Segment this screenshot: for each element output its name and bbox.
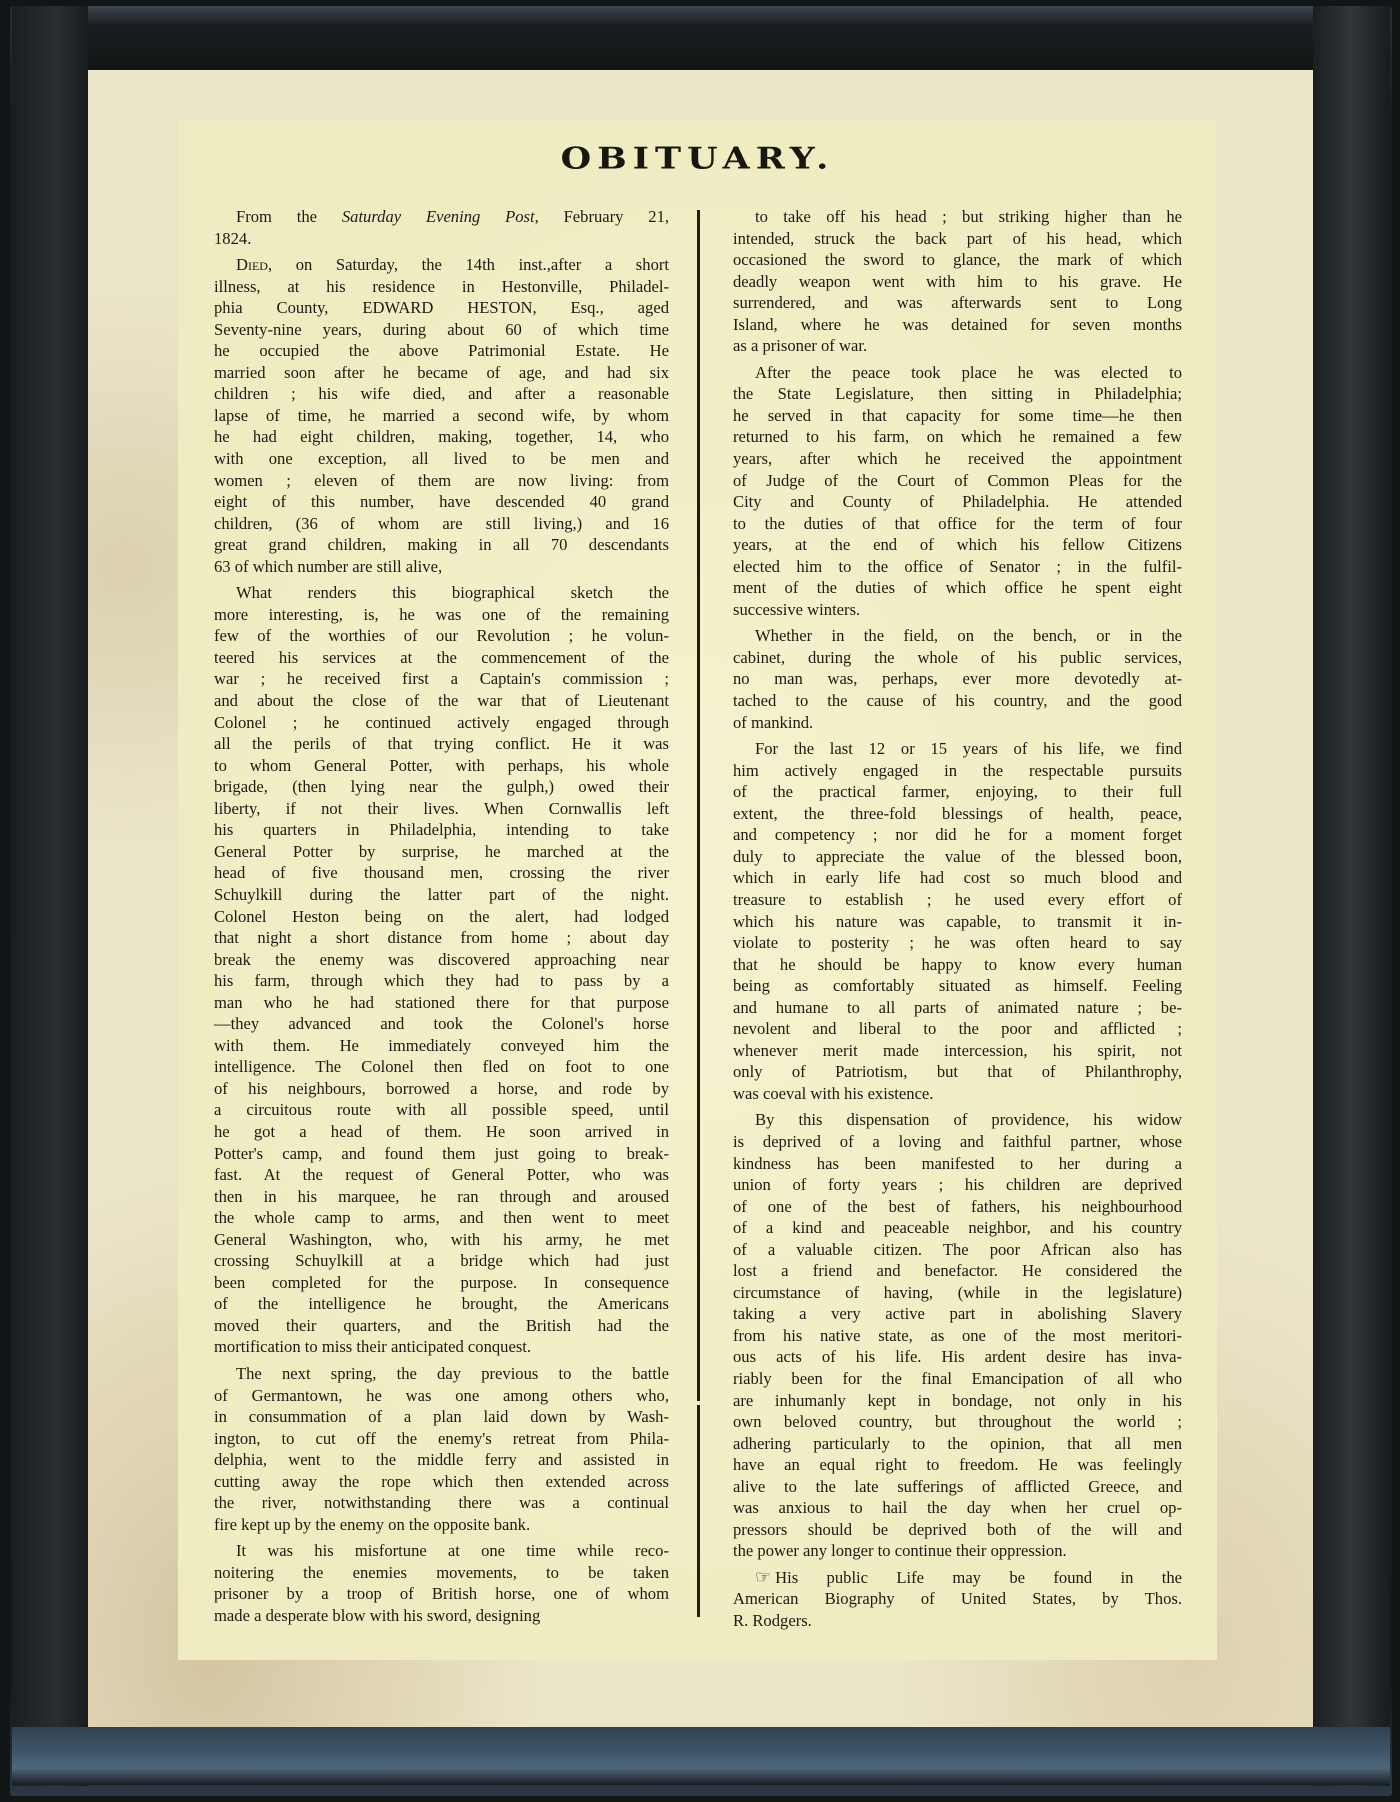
text-line: he served in that capacity for some time… — [733, 405, 1182, 427]
text-line: children ; his wife died, and after a re… — [214, 383, 669, 405]
text-line: cabinet, during the whole of his public … — [733, 647, 1182, 669]
text-line: of the practical farmer, enjoying, to th… — [733, 781, 1182, 803]
text-line: of a kind and peaceable neighbor, and hi… — [733, 1217, 1182, 1239]
frame-bevel-top — [12, 6, 1390, 70]
text-line: his quarters in Philadelphia, intending … — [214, 819, 669, 841]
text-line: lost a friend and benefactor. He conside… — [733, 1260, 1182, 1282]
text-line: Colonel ; he continued actively engaged … — [214, 712, 669, 734]
paragraph-germantown: The next spring, the day previous to the… — [214, 1363, 669, 1540]
left-column: From the Saturday Evening Post, February… — [214, 206, 669, 1632]
text-line: years, after which he received the appoi… — [733, 448, 1182, 470]
text-line: intelligence. The Colonel then fled on f… — [214, 1056, 669, 1078]
text-line: occasioned the sword to glance, the mark… — [733, 249, 1182, 271]
text-line: he got a head of them. He soon arrived i… — [214, 1121, 669, 1143]
text-line: circumstance of having, (while in the le… — [733, 1282, 1182, 1304]
text-line: union of forty years ; his children are … — [733, 1174, 1182, 1196]
text-line: phia County, EDWARD HESTON, Esq., aged — [214, 297, 669, 319]
text-line: married soon after he became of age, and… — [214, 362, 669, 384]
text-line: For the last 12 or 15 years of his life,… — [733, 738, 1182, 760]
text-line: few of the worthies of our Revolution ; … — [214, 625, 669, 647]
text-line: with them. He immediately conveyed him t… — [214, 1035, 669, 1057]
text-line: elected him to the office of Senator ; i… — [733, 556, 1182, 578]
text-line: illness, at his residence in Hestonville… — [214, 276, 669, 298]
text-line: of the intelligence he brought, the Amer… — [214, 1293, 669, 1315]
text-line: teered his services at the commencement … — [214, 647, 669, 669]
text-line: ous acts of his life. His ardent desire … — [733, 1346, 1182, 1368]
text-line: and competency ; nor did he for a moment… — [733, 824, 1182, 846]
text-line: General Washington, who, with his army, … — [214, 1229, 669, 1251]
text-line: then in his marquee, he ran through and … — [214, 1186, 669, 1208]
text-line: been completed for the purpose. In conse… — [214, 1272, 669, 1294]
text-line: treasure to establish ; he used every ef… — [733, 889, 1182, 911]
text-line: surrendered, and was afterwards sent to … — [733, 292, 1182, 314]
text-line: —they advanced and took the Colonel's ho… — [214, 1013, 669, 1035]
text-line: of his neighbours, borrowed a horse, and… — [214, 1078, 669, 1100]
text-line: prisoner by a troop of British horse, on… — [214, 1583, 669, 1605]
text-line: made a desperate blow with his sword, de… — [214, 1605, 669, 1627]
text-line: riably been for the final Emancipation o… — [733, 1368, 1182, 1390]
text-line: nevolent and liberal to the poor and aff… — [733, 1018, 1182, 1040]
text-line: that he should be happy to know every hu… — [733, 954, 1182, 976]
text-line: crossing Schuylkill at a bridge which ha… — [214, 1250, 669, 1272]
paragraph-reference-note: ☞His public Life may be found in theAmer… — [733, 1567, 1182, 1637]
text-line: to whom General Potter, with perhaps, hi… — [214, 755, 669, 777]
text-line: great grand children, making in all 70 d… — [214, 534, 669, 556]
text-line: noitering the enemies movements, to be t… — [214, 1562, 669, 1584]
text-line: more interesting, is, he was one of the … — [214, 604, 669, 626]
text-line: It was his misfortune at one time while … — [214, 1540, 669, 1562]
page-title: OBITUARY. — [440, 142, 955, 176]
text-line: pressors should be deprived both of the … — [733, 1519, 1182, 1541]
text-line: is deprived of a loving and faithful par… — [733, 1131, 1182, 1153]
text-line: he had eight children, making, together,… — [214, 426, 669, 448]
text-line: returned to his farm, on which he remain… — [733, 426, 1182, 448]
pointing-hand-icon: ☞ — [755, 1567, 771, 1587]
text-line: are inhumanly kept in bondage, not only … — [733, 1390, 1182, 1412]
source-prefix: From the — [236, 207, 342, 226]
text-line: R. Rodgers. — [733, 1610, 1182, 1632]
paragraph-legacy: By this dispensation of providence, his … — [733, 1109, 1182, 1566]
text-line: from his native state, as one of the mos… — [733, 1325, 1182, 1347]
text-line: Died, on Saturday, the 14th inst.,after … — [214, 254, 669, 276]
text-line: By this dispensation of providence, his … — [733, 1109, 1182, 1131]
text-line: eight of this number, have descended 40 … — [214, 491, 669, 513]
text-line: man who he had stationed there for that … — [214, 992, 669, 1014]
text-line: head of five thousand men, crossing the … — [214, 862, 669, 884]
text-line: duly to appreciate the value of the bles… — [733, 846, 1182, 868]
text-line: The next spring, the day previous to the… — [214, 1363, 669, 1385]
text-line: all the perils of that trying conflict. … — [214, 733, 669, 755]
column-divider-lower — [697, 1405, 700, 1617]
text-line: break the enemy was discovered approachi… — [214, 949, 669, 971]
text-line: as a prisoner of war. — [733, 335, 1182, 357]
text-line: ment of the duties of which office he sp… — [733, 577, 1182, 599]
text-line: war ; he received first a Captain's comm… — [214, 668, 669, 690]
text-line: and humane to all parts of animated natu… — [733, 997, 1182, 1019]
text-line: women ; eleven of them are now living: f… — [214, 470, 669, 492]
text-line: the power any longer to continue their o… — [733, 1540, 1182, 1562]
text-line: mortification to miss their anticipated … — [214, 1336, 669, 1358]
text-line: kindness has been manifested to her duri… — [733, 1153, 1182, 1175]
text-line: he occupied the above Patrimonial Estate… — [214, 340, 669, 362]
text-line: of mankind. — [733, 712, 1182, 734]
text-line: After the peace took place he was electe… — [733, 362, 1182, 384]
text-line: ington, to cut off the enemy's retreat f… — [214, 1428, 669, 1450]
text-line: to take off his head ; but striking high… — [733, 206, 1182, 228]
text-line: brigade, (then lying near the gulph,) ow… — [214, 776, 669, 798]
text-line: lapse of time, he married a second wife,… — [214, 405, 669, 427]
text-line: successive winters. — [733, 599, 1182, 621]
paragraph-devotion: Whether in the field, on the bench, or i… — [733, 625, 1182, 738]
text-line: cutting away the rope which then extende… — [214, 1471, 669, 1493]
text-line: whenever merit made intercession, his sp… — [733, 1040, 1182, 1062]
text-line: fast. At the request of General Potter, … — [214, 1164, 669, 1186]
text-line: Schuylkill during the latter part of the… — [214, 884, 669, 906]
text-line: no man was, perhaps, ever more devotedly… — [733, 668, 1182, 690]
text-line: him actively engaged in the respectable … — [733, 760, 1182, 782]
frame-bevel-left — [12, 6, 88, 1786]
text-line: Potter's camp, and found them just going… — [214, 1143, 669, 1165]
text-line: of Germantown, he was one among others w… — [214, 1385, 669, 1407]
text-line: and about the close of the war that of L… — [214, 690, 669, 712]
paragraph-farmer: For the last 12 or 15 years of his life,… — [733, 738, 1182, 1109]
text-line: General Potter by surprise, he marched a… — [214, 841, 669, 863]
text-line: adhering particularly to the opinion, th… — [733, 1433, 1182, 1455]
paragraph-death-notice: Died, on Saturday, the 14th inst.,after … — [214, 254, 669, 582]
paragraph-revolution: What renders this biographical sketch th… — [214, 582, 669, 1363]
text-line: tached to the cause of his country, and … — [733, 690, 1182, 712]
text-line: years, at the end of which his fellow Ci… — [733, 534, 1182, 556]
text-line: the river, notwithstanding there was a c… — [214, 1492, 669, 1514]
text-line: Colonel Heston being on the alert, had l… — [214, 906, 669, 928]
source-publication: Saturday Evening Post — [342, 207, 535, 226]
text-line: being as comfortably situated as himself… — [733, 975, 1182, 997]
text-line: in consummation of a plan laid down by W… — [214, 1406, 669, 1428]
paragraph-wounded: to take off his head ; but striking high… — [733, 206, 1182, 362]
text-line: ☞His public Life may be found in the — [733, 1567, 1182, 1589]
text-line: American Biography of United States, by … — [733, 1588, 1182, 1610]
frame-bevel-bottom — [12, 1727, 1390, 1785]
source-year: 1824. — [214, 228, 669, 250]
text-line: of a valuable citizen. The poor African … — [733, 1239, 1182, 1261]
text-line: Seventy-nine years, during about 60 of w… — [214, 319, 669, 341]
text-line: of Judge of the Court of Common Pleas fo… — [733, 470, 1182, 492]
text-line: moved their quarters, and the British ha… — [214, 1315, 669, 1337]
text-line: deadly weapon went with him to his grave… — [733, 271, 1182, 293]
text-line: the whole camp to arms, and then went to… — [214, 1207, 669, 1229]
source-line: From the Saturday Evening Post, February… — [214, 206, 669, 228]
text-line: children, (36 of whom are still living,)… — [214, 513, 669, 535]
text-line: own beloved country, but throughout the … — [733, 1411, 1182, 1433]
text-line: Island, where he was detained for seven … — [733, 314, 1182, 336]
text-line: extent, the three-fold blessings of heal… — [733, 803, 1182, 825]
text-line: violate to posterity ; he was often hear… — [733, 932, 1182, 954]
text-line: which his nature was capable, to transmi… — [733, 911, 1182, 933]
text-line: a circuitous route with all possible spe… — [214, 1099, 669, 1121]
text-line: the State Legislature, then sitting in P… — [733, 383, 1182, 405]
text-line: liberty, if not their lives. When Cornwa… — [214, 798, 669, 820]
text-line: have an equal right to freedom. He was f… — [733, 1454, 1182, 1476]
text-line: delphia, went to the middle ferry and as… — [214, 1449, 669, 1471]
text-line: his farm, through which they had to pass… — [214, 970, 669, 992]
column-divider — [697, 210, 700, 1401]
text-line: City and County of Philadelphia. He atte… — [733, 491, 1182, 513]
text-line: fire kept up by the enemy on the opposit… — [214, 1514, 669, 1536]
text-line: only of Patriotism, but that of Philanth… — [733, 1061, 1182, 1083]
lead-word: Died — [236, 255, 268, 274]
right-column: to take off his head ; but striking high… — [733, 206, 1182, 1637]
text-line: alive to the late sufferings of afflicte… — [733, 1476, 1182, 1498]
text-line: What renders this biographical sketch th… — [214, 582, 669, 604]
text-line: intended, struck the back part of his he… — [733, 228, 1182, 250]
text-line: was anxious to hail the day when her cru… — [733, 1497, 1182, 1519]
paragraph-prisoner: It was his misfortune at one time while … — [214, 1540, 669, 1631]
text-line: that night a short distance from home ; … — [214, 927, 669, 949]
text-line: 63 of which number are still alive, — [214, 556, 669, 578]
text-line: taking a very active part in abolishing … — [733, 1303, 1182, 1325]
text-line: of one of the best of fathers, his neigh… — [733, 1196, 1182, 1218]
paragraph-public-service: After the peace took place he was electe… — [733, 362, 1182, 626]
text-line: was coeval with his existence. — [733, 1083, 1182, 1105]
source-date: , February 21, — [535, 207, 669, 226]
text-line: Whether in the field, on the bench, or i… — [733, 625, 1182, 647]
text-line: to the duties of that office for the ter… — [733, 513, 1182, 535]
text-line: which in early life had cost so much blo… — [733, 867, 1182, 889]
frame-bevel-right — [1313, 6, 1390, 1786]
text-line: with one exception, all lived to be men … — [214, 448, 669, 470]
